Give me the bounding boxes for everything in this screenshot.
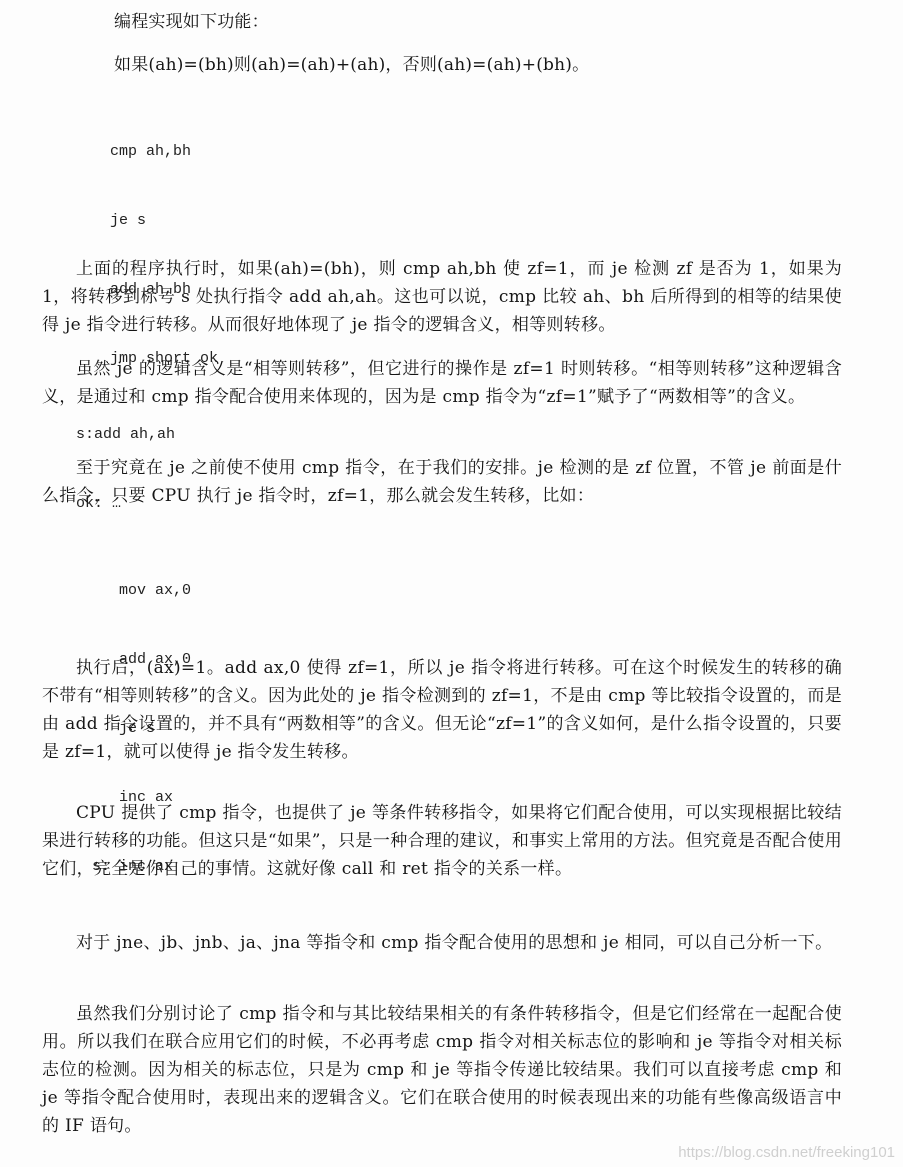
intro-heading: 编程实现如下功能： — [114, 12, 269, 32]
code-line: cmp ah,bh — [92, 140, 218, 163]
code-line: je s — [92, 209, 218, 232]
watermark: https://blog.csdn.net/freeking101 — [678, 1144, 895, 1161]
code-line: s:add ah,ah — [76, 423, 218, 446]
paragraph: 虽然 je 的逻辑含义是“相等则转移”，但它进行的操作是 zf=1 时则转移。“… — [42, 355, 842, 411]
paragraph: CPU 提供了 cmp 指令，也提供了 je 等条件转移指令，如果将它们配合使用… — [42, 799, 842, 883]
paragraph: 执行后，(ax)=1。add ax,0 使得 zf=1，所以 je 指令将进行转… — [42, 654, 842, 766]
paragraph: 虽然我们分别讨论了 cmp 指令和与其比较结果相关的有条件转移指令，但是它们经常… — [42, 1000, 842, 1140]
scanned-book-page: 编程实现如下功能： 如果(ah)=(bh)则(ah)=(ah)+(ah)，否则(… — [0, 0, 903, 1167]
intro-condition: 如果(ah)=(bh)则(ah)=(ah)+(ah)，否则(ah)=(ah)+(… — [114, 55, 589, 75]
paragraph: 对于 jne、jb、jnb、ja、jna 等指令和 cmp 指令配合使用的思想和… — [42, 929, 842, 957]
paragraph: 至于究竟在 je 之前使不使用 cmp 指令，在于我们的安排。je 检测的是 z… — [42, 454, 842, 510]
paragraph: 上面的程序执行时，如果(ah)=(bh)，则 cmp ah,bh 使 zf=1，… — [42, 255, 842, 339]
code-line: mov ax,0 — [92, 579, 191, 602]
